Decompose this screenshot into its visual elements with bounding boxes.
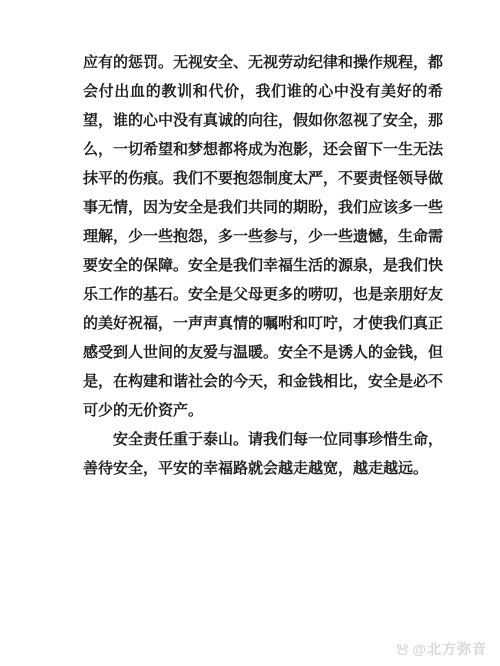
watermark-handle: @北方弥音 [412, 639, 487, 659]
body-paragraph: 安全责任重于泰山。请我们每一位同事珍惜生命，善待安全，平安的幸福路就会越走越宽，… [83, 426, 443, 484]
paw-icon [395, 642, 410, 657]
watermark: @北方弥音 [395, 639, 487, 659]
document-page: 应有的惩罚。无视安全、无视劳动纪律和操作规程，都会付出血的教训和代价，我们谁的心… [0, 0, 500, 666]
essay-body: 应有的惩罚。无视安全、无视劳动纪律和操作规程，都会付出血的教训和代价，我们谁的心… [83, 49, 443, 484]
body-paragraph: 应有的惩罚。无视安全、无视劳动纪律和操作规程，都会付出血的教训和代价，我们谁的心… [83, 49, 443, 426]
